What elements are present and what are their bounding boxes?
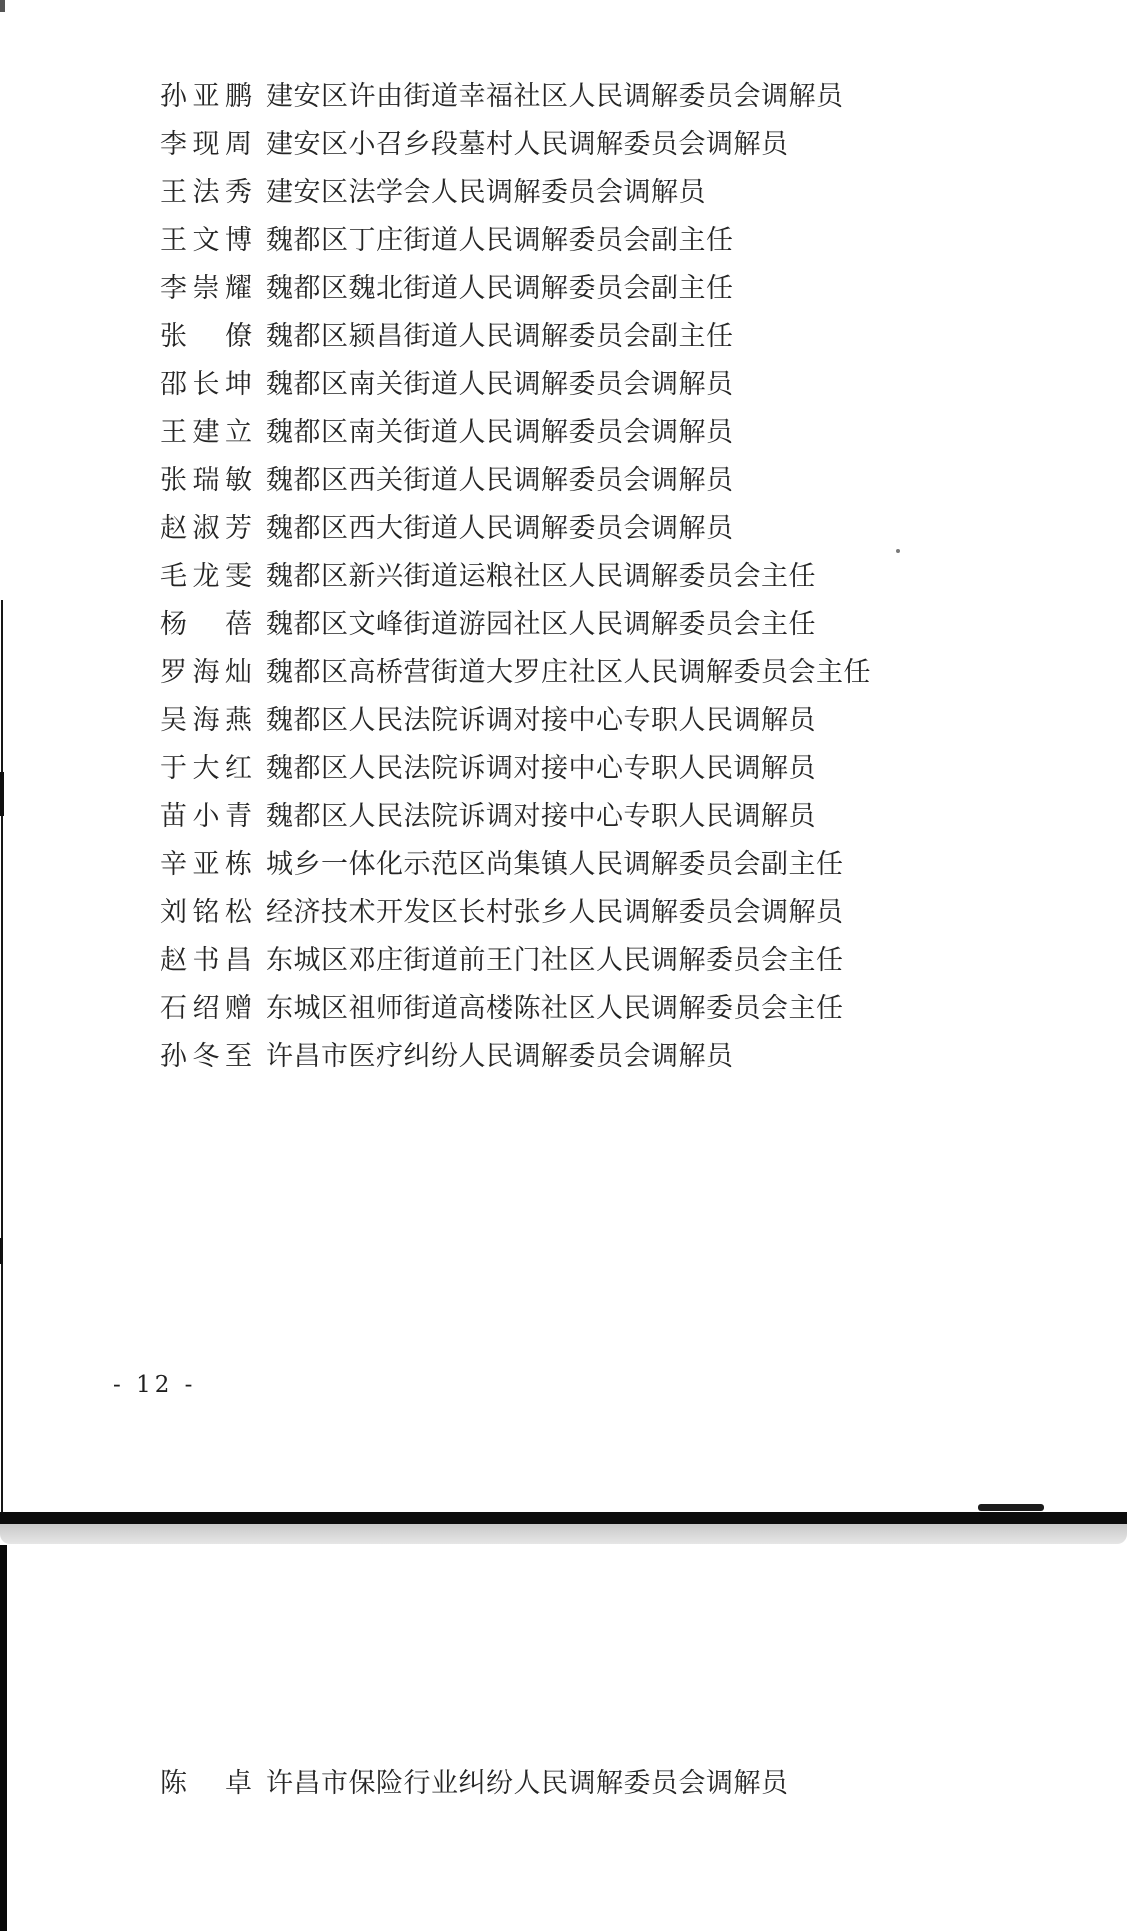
scan-edge-bar <box>0 1545 7 1931</box>
person-name: 吴海燕 <box>160 697 252 745</box>
scan-speck <box>978 1504 1044 1511</box>
person-role: 经济技术开发区长村张乡人民调解委员会调解员 <box>266 889 844 937</box>
person-name: 辛亚栋 <box>160 841 252 889</box>
person-name: 孙冬至 <box>160 1033 252 1081</box>
person-role: 建安区小召乡段墓村人民调解委员会调解员 <box>266 121 789 169</box>
person-name: 赵淑芳 <box>160 505 252 553</box>
person-name: 毛龙雯 <box>160 553 252 601</box>
person-role: 东城区祖师街道高楼陈社区人民调解委员会主任 <box>266 985 844 1033</box>
person-role: 魏都区人民法院诉调对接中心专职人民调解员 <box>266 697 816 745</box>
person-name: 张 僚 <box>160 313 252 361</box>
person-name: 李现周 <box>160 121 252 169</box>
person-role: 魏都区颍昌街道人民调解委员会副主任 <box>266 313 734 361</box>
person-name: 孙亚鹏 <box>160 73 252 121</box>
person-role: 建安区法学会人民调解委员会调解员 <box>266 169 706 217</box>
person-name: 李崇耀 <box>160 265 252 313</box>
person-role: 魏都区人民法院诉调对接中心专职人民调解员 <box>266 793 816 841</box>
list-item: 赵淑芳魏都区西大街道人民调解委员会调解员 <box>0 505 1127 553</box>
person-name: 王建立 <box>160 409 252 457</box>
list-item: 王建立魏都区南关街道人民调解委员会调解员 <box>0 409 1127 457</box>
person-name: 王法秀 <box>160 169 252 217</box>
person-name: 陈 卓 <box>160 1760 252 1808</box>
page-number: - 12 - <box>113 1372 196 1398</box>
scanned-document: 孙亚鹏建安区许由街道幸福社区人民调解委员会调解员 李现周建安区小召乡段墓村人民调… <box>0 0 1127 1931</box>
list-item: 王法秀建安区法学会人民调解委员会调解员 <box>0 169 1127 217</box>
person-name: 罗海灿 <box>160 649 252 697</box>
scan-speck <box>0 0 5 12</box>
list-item: 张 僚魏都区颍昌街道人民调解委员会副主任 <box>0 313 1127 361</box>
list-item: 陈 卓许昌市保险行业纠纷人民调解委员会调解员 <box>0 1760 1127 1808</box>
person-name: 邵长坤 <box>160 361 252 409</box>
list-item: 孙亚鹏建安区许由街道幸福社区人民调解委员会调解员 <box>0 73 1127 121</box>
person-role: 魏都区文峰街道游园社区人民调解委员会主任 <box>266 601 816 649</box>
mediator-name-list-page1: 孙亚鹏建安区许由街道幸福社区人民调解委员会调解员 李现周建安区小召乡段墓村人民调… <box>0 73 1127 1081</box>
person-name: 刘铭松 <box>160 889 252 937</box>
list-item: 邵长坤魏都区南关街道人民调解委员会调解员 <box>0 361 1127 409</box>
person-name: 赵书昌 <box>160 937 252 985</box>
list-item: 王文博魏都区丁庄街道人民调解委员会副主任 <box>0 217 1127 265</box>
scan-edge-blob <box>0 772 4 816</box>
person-role: 魏都区西大街道人民调解委员会调解员 <box>266 505 734 553</box>
list-item: 杨 蓓魏都区文峰街道游园社区人民调解委员会主任 <box>0 601 1127 649</box>
list-item: 吴海燕魏都区人民法院诉调对接中心专职人民调解员 <box>0 697 1127 745</box>
person-name: 石绍赠 <box>160 985 252 1033</box>
list-item: 赵书昌东城区邓庄街道前王门社区人民调解委员会主任 <box>0 937 1127 985</box>
list-item: 李崇耀魏都区魏北街道人民调解委员会副主任 <box>0 265 1127 313</box>
person-role: 魏都区南关街道人民调解委员会调解员 <box>266 361 734 409</box>
list-item: 于大红魏都区人民法院诉调对接中心专职人民调解员 <box>0 745 1127 793</box>
person-role: 建安区许由街道幸福社区人民调解委员会调解员 <box>266 73 844 121</box>
person-name: 杨 蓓 <box>160 601 252 649</box>
person-role: 魏都区西关街道人民调解委员会调解员 <box>266 457 734 505</box>
list-item: 孙冬至许昌市医疗纠纷人民调解委员会调解员 <box>0 1033 1127 1081</box>
list-item: 苗小青魏都区人民法院诉调对接中心专职人民调解员 <box>0 793 1127 841</box>
list-item: 刘铭松经济技术开发区长村张乡人民调解委员会调解员 <box>0 889 1127 937</box>
person-role: 魏都区新兴街道运粮社区人民调解委员会主任 <box>266 553 816 601</box>
person-role: 魏都区人民法院诉调对接中心专职人民调解员 <box>266 745 816 793</box>
scan-speck <box>896 549 900 553</box>
list-item: 李现周建安区小召乡段墓村人民调解委员会调解员 <box>0 121 1127 169</box>
mediator-name-list-page2: 陈 卓许昌市保险行业纠纷人民调解委员会调解员 <box>0 1760 1127 1808</box>
person-role: 许昌市保险行业纠纷人民调解委员会调解员 <box>266 1760 789 1808</box>
list-item: 张瑞敏魏都区西关街道人民调解委员会调解员 <box>0 457 1127 505</box>
page-separator <box>0 1512 1127 1524</box>
list-item: 石绍赠东城区祖师街道高楼陈社区人民调解委员会主任 <box>0 985 1127 1033</box>
scan-edge-line <box>1 600 3 1512</box>
person-role: 东城区邓庄街道前王门社区人民调解委员会主任 <box>266 937 844 985</box>
person-name: 苗小青 <box>160 793 252 841</box>
person-role: 魏都区南关街道人民调解委员会调解员 <box>266 409 734 457</box>
person-role: 魏都区丁庄街道人民调解委员会副主任 <box>266 217 734 265</box>
person-role: 魏都区高桥营街道大罗庄社区人民调解委员会主任 <box>266 649 871 697</box>
person-name: 张瑞敏 <box>160 457 252 505</box>
page-gap-shadow <box>0 1524 1127 1544</box>
scan-edge-blob <box>0 1238 3 1264</box>
person-role: 许昌市医疗纠纷人民调解委员会调解员 <box>266 1033 734 1081</box>
person-name: 王文博 <box>160 217 252 265</box>
person-role: 城乡一体化示范区尚集镇人民调解委员会副主任 <box>266 841 844 889</box>
person-role: 魏都区魏北街道人民调解委员会副主任 <box>266 265 734 313</box>
list-item: 罗海灿魏都区高桥营街道大罗庄社区人民调解委员会主任 <box>0 649 1127 697</box>
person-name: 于大红 <box>160 745 252 793</box>
list-item: 毛龙雯魏都区新兴街道运粮社区人民调解委员会主任 <box>0 553 1127 601</box>
list-item: 辛亚栋城乡一体化示范区尚集镇人民调解委员会副主任 <box>0 841 1127 889</box>
